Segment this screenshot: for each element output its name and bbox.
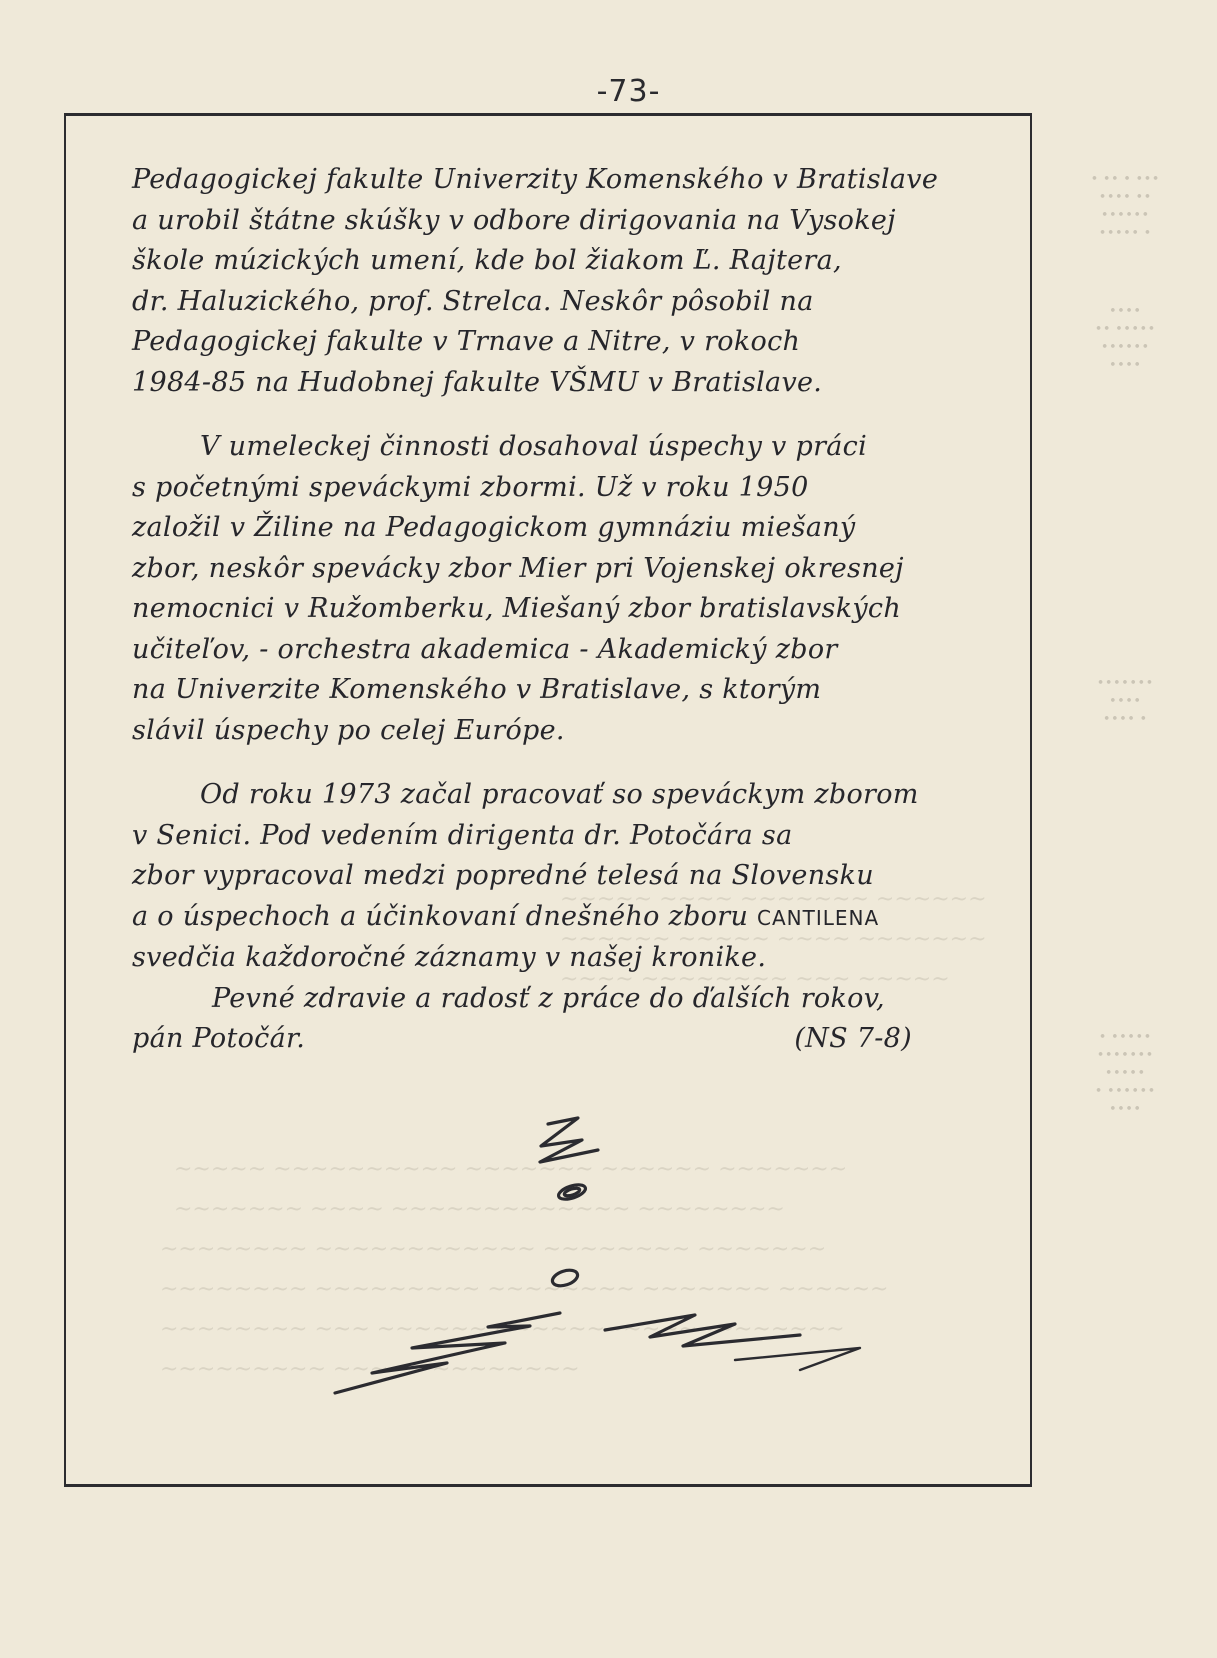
circle-ornament-icon [557,1182,587,1202]
circle-ornament-icon [550,1267,579,1288]
left-zigzag-stroke-icon [335,1313,560,1393]
zigzag-flourish-icon [540,1118,598,1162]
right-zigzag-stroke-icon [605,1315,800,1346]
end-flourish-ornament [0,0,1217,1658]
margin-bleed-notes: ∙ ∙∙ ∙ ∙∙∙∙∙∙∙ ∙∙∙∙∙∙∙∙∙∙∙∙∙ ∙ ∙∙∙∙∙∙ ∙∙… [1040,160,1210,1118]
